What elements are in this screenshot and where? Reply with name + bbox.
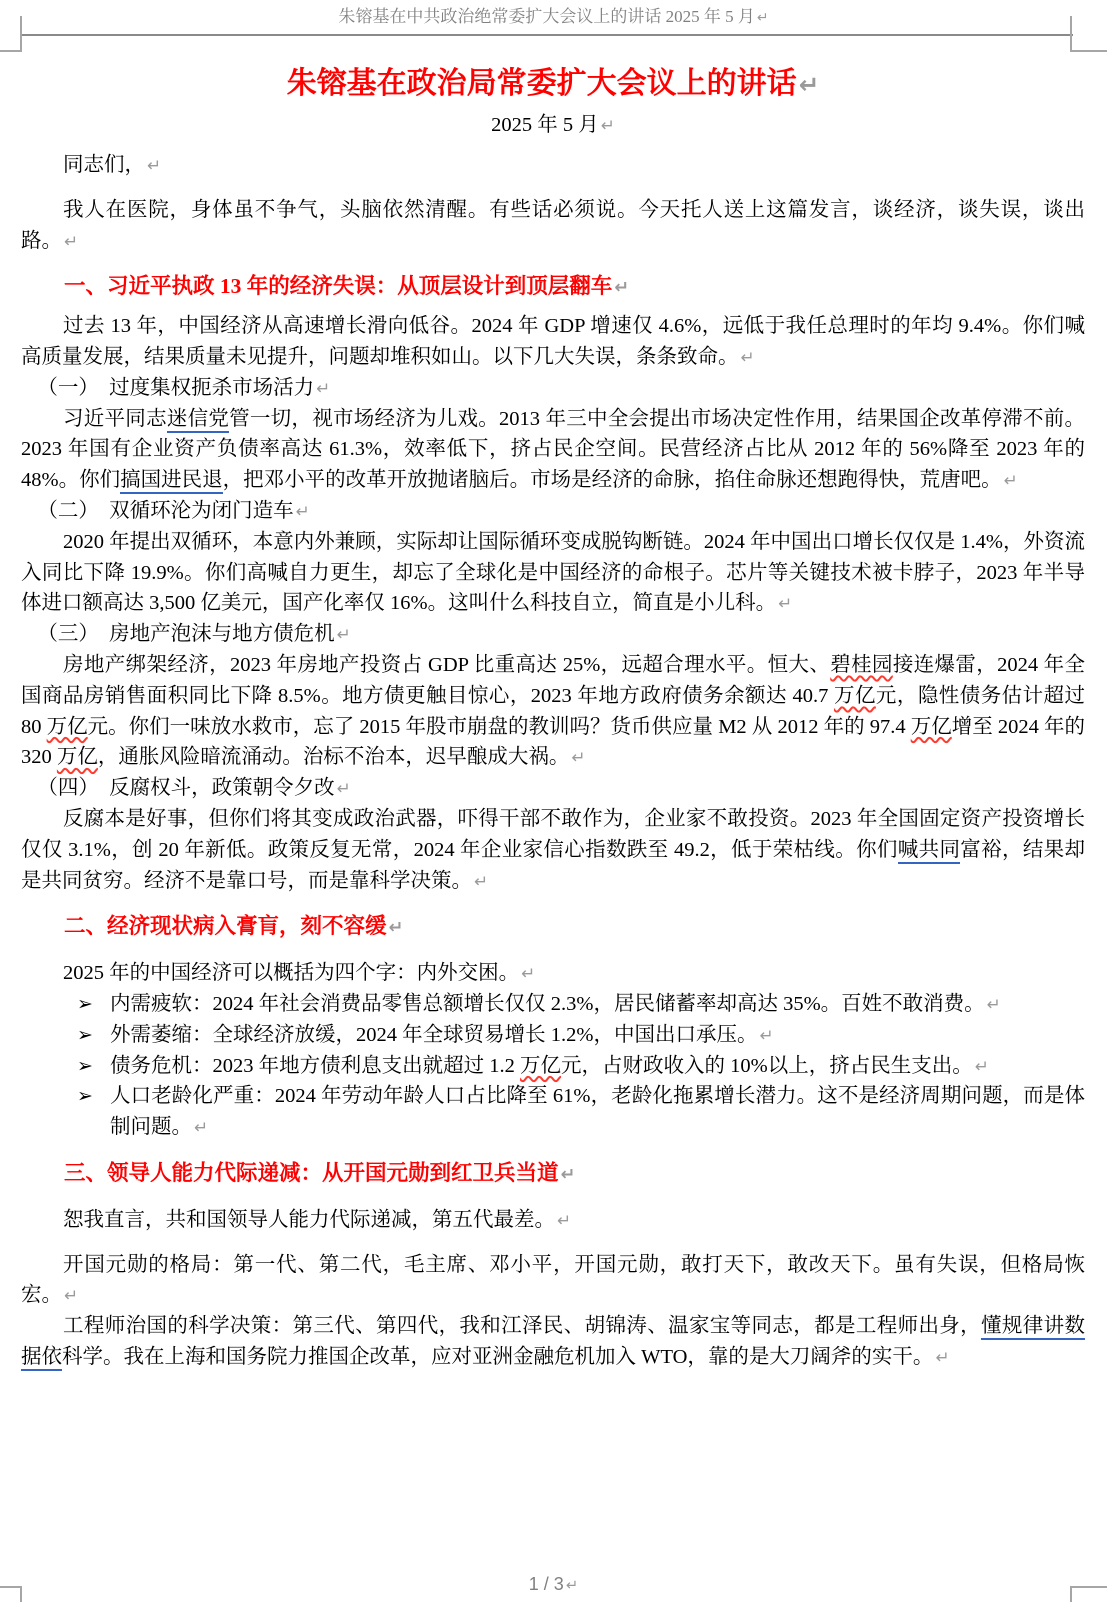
- grammar-underlined-text: 搞国进民退: [120, 469, 223, 494]
- document-date: 2025 年 5 月↵: [21, 109, 1085, 142]
- bullet-item: ➢债务危机：2023 年地方债利息支出就超过 1.2 万亿元，占财政收入的 10…: [21, 1051, 1085, 1082]
- sub-heading: （一） 过度集权扼杀市场活力↵: [21, 373, 1085, 404]
- paragraph-mark: ↵: [973, 1056, 989, 1076]
- text-run: 同志们，: [63, 154, 145, 176]
- paragraph-mark: ↵: [387, 918, 404, 938]
- paragraph-mark: ↵: [62, 1285, 78, 1305]
- page-header: 朱镕基在中共政治绝常委扩大会议上的讲话 2025 年 5 月↵: [0, 6, 1107, 29]
- paragraph-mark: ↵: [599, 115, 615, 135]
- text-run: 债务危机：2023 年地方债利息支出就超过 1.2: [110, 1055, 520, 1077]
- bullet-item: ➢外需萎缩：全球经济放缓，2024 年全球贸易增长 1.2%，中国出口承压。↵: [21, 1020, 1085, 1051]
- paragraph: 反腐本是好事，但你们将其变成政治武器，吓得干部不敢作为，企业家不敢投资。2023…: [21, 804, 1085, 896]
- text-run: 习近平同志: [63, 408, 167, 430]
- section-heading: 一、习近平执政 13 年的经济失误：从顶层设计到顶层翻车↵: [21, 271, 1085, 304]
- paragraph-mark: ↵: [776, 593, 792, 613]
- paragraph: 习近平同志迷信党管一切，视市场经济为儿戏。2013 年三中全会提出市场决定性作用…: [21, 404, 1085, 496]
- paragraph-mark: ↵: [555, 1210, 571, 1230]
- text-run: 人口老龄化严重：2024 年劳动年龄人口占比降至 61%，老龄化拖累增长潜力。这…: [110, 1085, 1085, 1138]
- bullet-arrow-icon: ➢: [77, 1051, 93, 1082]
- section-heading: 三、领导人能力代际递减：从开国元勋到红卫兵当道↵: [21, 1158, 1085, 1191]
- header-rule: [20, 34, 1073, 36]
- bullet-arrow-icon: ➢: [77, 1020, 93, 1051]
- paragraph: 我人在医院，身体虽不争气，头脑依然清醒。有些话必须说。今天托人送上这篇发言，谈经…: [21, 195, 1085, 257]
- section-heading: 二、经济现状病入膏肓，刻不容缓↵: [21, 911, 1085, 944]
- text-run: 元。你们一味放水救市，忘了 2015 年股市崩盘的教训吗？货币供应量 M2 从 …: [88, 716, 911, 738]
- text-run: 2025 年的中国经济可以概括为四个字：内外交困。: [63, 962, 519, 984]
- paragraph-mark: ↵: [472, 871, 488, 891]
- paragraph: 房地产绑架经济，2023 年房地产投资占 GDP 比重高达 25%，远超合理水平…: [21, 650, 1085, 773]
- page-footer: 1 / 3↵: [0, 1572, 1107, 1598]
- paragraph: 工程师治国的科学决策：第三代、第四代，我和江泽民、胡锦涛、温家宝等同志，都是工程…: [21, 1311, 1085, 1373]
- paragraph: 同志们，↵: [21, 150, 1085, 181]
- paragraph-mark: ↵: [755, 10, 769, 26]
- paragraph-mark: ↵: [933, 1347, 949, 1367]
- spellcheck-flagged-text: 万亿: [834, 685, 876, 707]
- text-run: 二、经济现状病入膏肓，刻不容缓: [64, 914, 387, 938]
- paragraph-mark: ↵: [757, 1025, 773, 1045]
- paragraph: 过去 13 年，中国经济从高速增长滑向低谷。2024 年 GDP 增速仅 4.6…: [21, 311, 1085, 373]
- paragraph: 2025 年的中国经济可以概括为四个字：内外交困。↵: [21, 958, 1085, 989]
- text-run: 开国元勋的格局：第一代、第二代，毛主席、邓小平，开国元勋，敢打天下，敢改天下。虽…: [21, 1254, 1085, 1307]
- header-title: 朱镕基在中共政治绝常委扩大会议上的讲话 2025 年 5 月: [338, 7, 755, 26]
- document-body: 同志们，↵我人在医院，身体虽不争气，头脑依然清醒。有些话必须说。今天托人送上这篇…: [21, 150, 1085, 1373]
- spellcheck-flagged-text: 万亿: [520, 1055, 561, 1077]
- paragraph-mark: ↵: [62, 231, 78, 251]
- text-run: 元，占财政收入的 10%以上，挤占民生支出。: [561, 1055, 973, 1077]
- text-run: 2020 年提出双循环，本意内外兼顾，实际却让国际循环变成脱钩断链。2024 年…: [21, 531, 1085, 615]
- paragraph-mark: ↵: [335, 778, 351, 798]
- footer-page-number: 1 / 3: [529, 1574, 564, 1594]
- bullet-arrow-icon: ➢: [77, 989, 93, 1020]
- paragraph-mark: ↵: [145, 155, 161, 175]
- crop-mark-top-left: [20, 16, 22, 52]
- paragraph-mark: ↵: [192, 1117, 208, 1137]
- spellcheck-flagged-text: 万亿: [57, 746, 98, 768]
- paragraph-mark: ↵: [519, 963, 535, 983]
- bullet-arrow-icon: ➢: [77, 1081, 93, 1112]
- grammar-underlined-text: 迷信党: [167, 408, 229, 433]
- text-run: 外需萎缩：全球经济放缓，2024 年全球贸易增长 1.2%，中国出口承压。: [110, 1024, 757, 1046]
- text-run: （四） 反腐权斗，政策朝令夕改: [37, 777, 334, 799]
- spellcheck-flagged-text: 碧桂园: [830, 654, 893, 676]
- text-run: ，通胀风险暗流涌动。治标不治本，迟早酿成大祸。: [98, 746, 570, 768]
- text-run: 三、领导人能力代际递减：从开国元勋到红卫兵当道: [64, 1161, 559, 1185]
- spellcheck-flagged-text: 万亿: [47, 716, 88, 738]
- text-run: 一、习近平执政 13 年的经济失误：从顶层设计到顶层翻车: [64, 274, 612, 298]
- grammar-underlined-text: 喊共同: [898, 839, 961, 864]
- document-date-text: 2025 年 5 月: [491, 114, 599, 136]
- paragraph: 开国元勋的格局：第一代、第二代，毛主席、邓小平，开国元勋，敢打天下，敢改天下。虽…: [21, 1250, 1085, 1312]
- text-run: （三） 房地产泡沫与地方债危机: [37, 623, 334, 645]
- paragraph-mark: ↵: [559, 1165, 576, 1185]
- paragraph-mark: ↵: [985, 994, 1001, 1014]
- document-title: 朱镕基在政治局常委扩大会议上的讲话↵: [21, 62, 1085, 107]
- paragraph-mark: ↵: [569, 747, 585, 767]
- document-content: 朱镕基在政治局常委扩大会议上的讲话↵ 2025 年 5 月↵ 同志们，↵我人在医…: [21, 52, 1085, 1568]
- paragraph-mark: ↵: [335, 624, 351, 644]
- sub-heading: （四） 反腐权斗，政策朝令夕改↵: [21, 773, 1085, 804]
- sub-heading: （三） 房地产泡沫与地方债危机↵: [21, 619, 1085, 650]
- paragraph-mark: ↵: [797, 70, 820, 99]
- paragraph-mark: ↵: [1002, 470, 1018, 490]
- text-run: 过去 13 年，中国经济从高速增长滑向低谷。2024 年 GDP 增速仅 4.6…: [21, 315, 1085, 368]
- paragraph: 2020 年提出双循环，本意内外兼顾，实际却让国际循环变成脱钩断链。2024 年…: [21, 527, 1085, 619]
- text-run: 科学。我在上海和国务院力推国企改革，应对亚洲金融危机加入 WTO，靠的是大刀阔斧…: [62, 1346, 933, 1368]
- crop-mark-top-left: [0, 50, 20, 52]
- paragraph-mark: ↵: [612, 278, 629, 298]
- spellcheck-flagged-text: 万亿: [911, 716, 952, 738]
- paragraph-mark: ↵: [739, 347, 755, 367]
- text-run: 房地产绑架经济，2023 年房地产投资占 GDP 比重高达 25%，远超合理水平…: [63, 654, 830, 676]
- paragraph-mark: ↵: [564, 1577, 578, 1594]
- text-run: （一） 过度集权扼杀市场活力: [37, 377, 314, 399]
- text-run: 工程师治国的科学决策：第三代、第四代，我和江泽民、胡锦涛、温家宝等同志，都是工程…: [63, 1315, 981, 1337]
- bullet-item: ➢内需疲软：2024 年社会消费品零售总额增长仅仅 2.3%，居民储蓄率却高达 …: [21, 989, 1085, 1020]
- text-run: ，把邓小平的改革开放抛诸脑后。市场是经济的命脉，掐住命脉还想跑得快，荒唐吧。: [223, 469, 1002, 491]
- text-run: 我人在医院，身体虽不争气，头脑依然清醒。有些话必须说。今天托人送上这篇发言，谈经…: [21, 199, 1085, 252]
- paragraph: 恕我直言，共和国领导人能力代际递减，第五代最差。↵: [21, 1205, 1085, 1236]
- text-run: 内需疲软：2024 年社会消费品零售总额增长仅仅 2.3%，居民储蓄率却高达 3…: [110, 993, 985, 1015]
- bullet-item: ➢人口老龄化严重：2024 年劳动年龄人口占比降至 61%，老龄化拖累增长潜力。…: [21, 1081, 1085, 1143]
- text-run: 恕我直言，共和国领导人能力代际递减，第五代最差。: [63, 1209, 555, 1231]
- word-document-page: 朱镕基在中共政治绝常委扩大会议上的讲话 2025 年 5 月↵ 朱镕基在政治局常…: [0, 0, 1107, 1602]
- paragraph-mark: ↵: [294, 501, 310, 521]
- document-title-text: 朱镕基在政治局常委扩大会议上的讲话: [287, 67, 797, 100]
- crop-mark-top-right: [1070, 16, 1072, 52]
- sub-heading: （二） 双循环沦为闭门造车↵: [21, 496, 1085, 527]
- text-run: （二） 双循环沦为闭门造车: [37, 500, 293, 522]
- paragraph-mark: ↵: [314, 378, 330, 398]
